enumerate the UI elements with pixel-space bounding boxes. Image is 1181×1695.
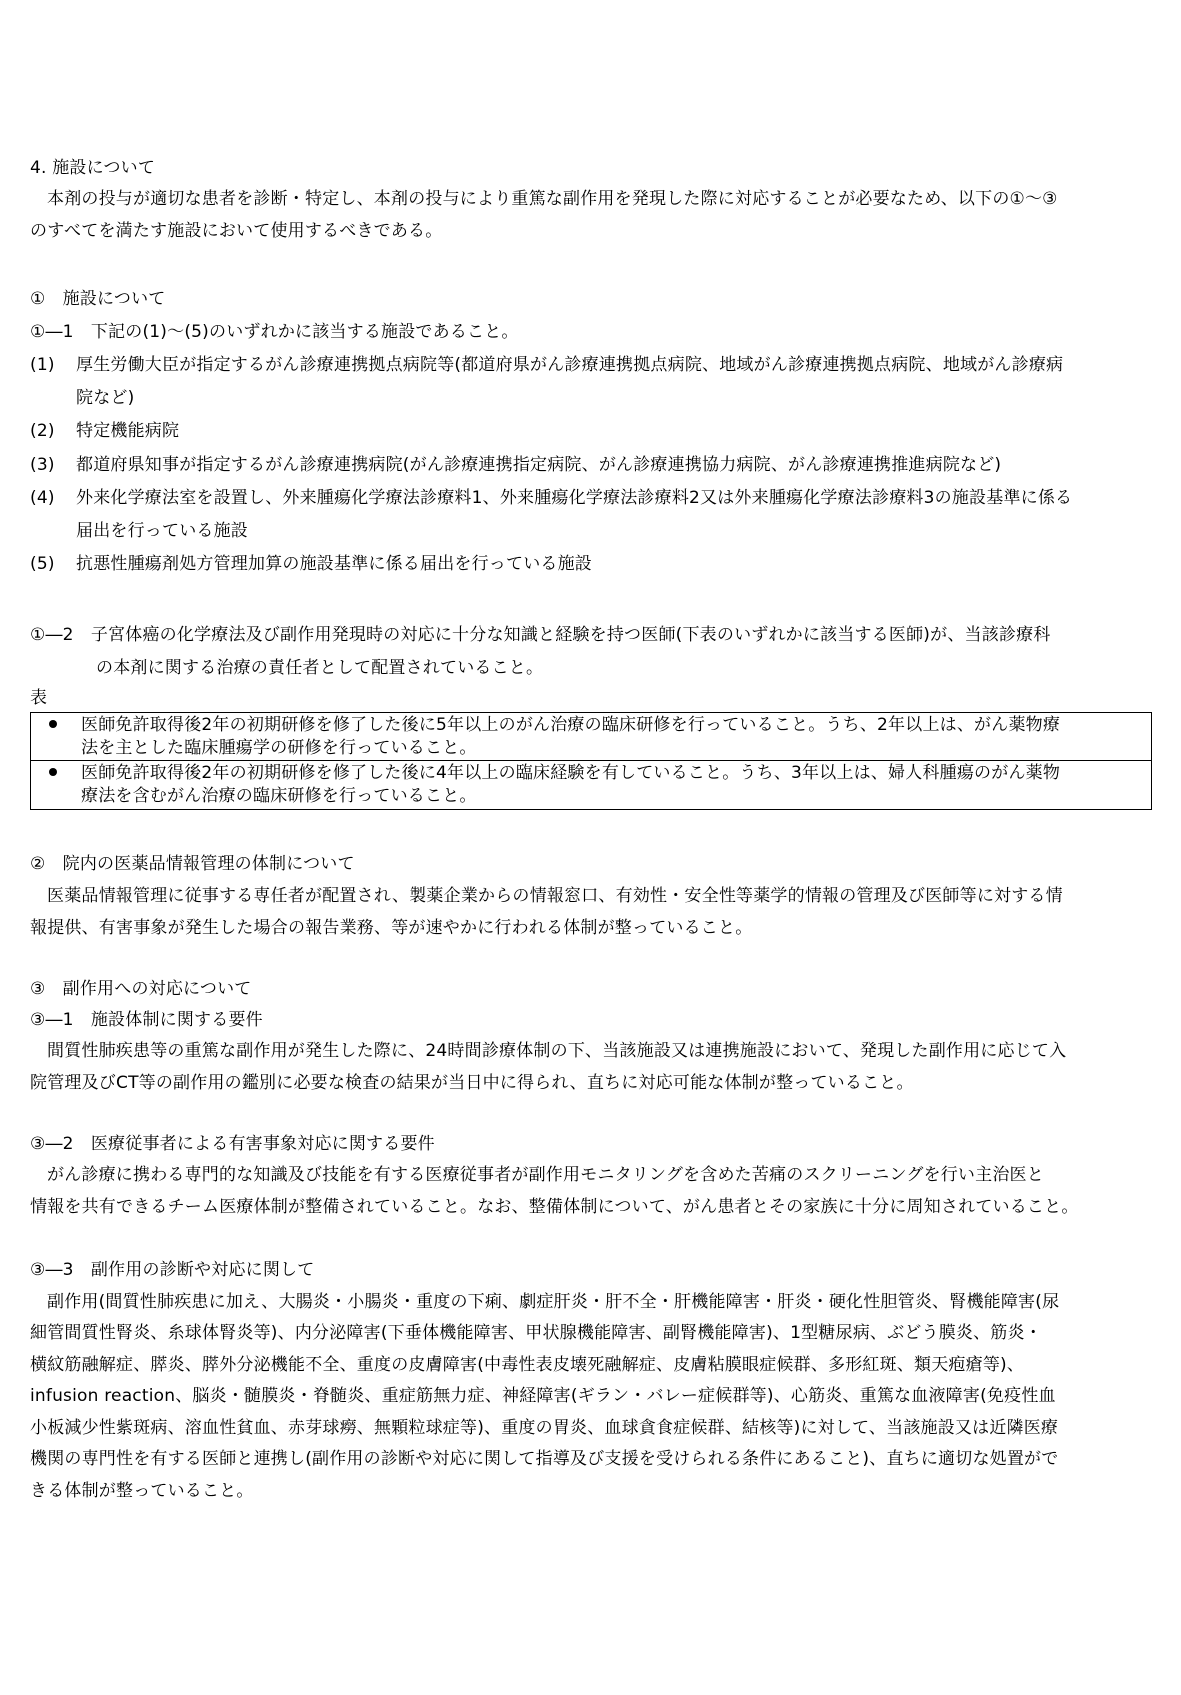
table-row: 医師免許取得後2年の初期研修を修了した後に4年以上の臨床経験を有していること。う…	[31, 761, 1151, 809]
list-text: 抗悪性腫瘍剤処方管理加算の施設基準に係る届出を行っている施設	[76, 554, 592, 574]
section-heading: 4. 施設について	[30, 158, 155, 178]
list-text: 厚生労働大臣が指定するがん診療連携拠点病院等(都道府県がん診療連携拠点病院、地域…	[76, 355, 1063, 375]
list-item-4: (4)外来化学療法室を設置し、外来腫瘍化学療法診療料1、外来腫瘍化学療法診療料2…	[30, 488, 1072, 508]
list-text: 特定機能病院	[76, 421, 179, 441]
s3-2-line-1: がん診療に携わる専門的な知識及び技能を有する医療従事者が副作用モニタリングを含め…	[47, 1165, 1044, 1185]
s3-3-line-5: 小板減少性紫斑病、溶血性貧血、赤芽球癆、無顆粒球症等)、重度の胃炎、血球貪食症候…	[30, 1418, 1058, 1438]
table-cell-line: 医師免許取得後2年の初期研修を修了した後に5年以上のがん治療の臨床研修を行ってい…	[81, 715, 1060, 735]
subsection-heading-3: ③ 副作用への対応について	[30, 979, 252, 999]
intro-line-2: のすべてを満たす施設において使用するべきである。	[30, 221, 442, 241]
list-text: 外来化学療法室を設置し、外来腫瘍化学療法診療料1、外来腫瘍化学療法診療料2又は外…	[76, 488, 1072, 508]
s2-line-2: 報提供、有害事象が発生した場合の報告業務、等が速やかに行われる体制が整っているこ…	[30, 918, 752, 938]
intro-line-1: 本剤の投与が適切な患者を診断・特定し、本剤の投与により重篤な副作用を発現した際に…	[47, 189, 1058, 209]
list-number: (2)	[30, 421, 76, 441]
s3-3-line-4: infusion reaction、脳炎・髄膜炎・脊髄炎、重症筋無力症、神経障害…	[30, 1386, 1056, 1406]
s3-1-line-2: 院管理及びCT等の副作用の鑑別に必要な検査の結果が当日中に得られ、直ちに対応可能…	[30, 1073, 914, 1093]
list-item-1: (1)厚生労働大臣が指定するがん診療連携拠点病院等(都道府県がん診療連携拠点病院…	[30, 355, 1063, 375]
requirements-table: 医師免許取得後2年の初期研修を修了した後に5年以上のがん治療の臨床研修を行ってい…	[30, 712, 1152, 810]
s2-line-1: 医薬品情報管理に従事する専任者が配置され、製薬企業からの情報窓口、有効性・安全性…	[47, 886, 1063, 906]
s3-2-line-2: 情報を共有できるチーム医療体制が整備されていること。なお、整備体制について、がん…	[30, 1197, 1079, 1217]
table-row: 医師免許取得後2年の初期研修を修了した後に5年以上のがん治療の臨床研修を行ってい…	[31, 713, 1151, 761]
s3-3-line-7: きる体制が整っていること。	[30, 1481, 254, 1501]
list-item-1-cont: 院など)	[76, 388, 134, 408]
s3-3-line-2: 細管間質性腎炎、糸球体腎炎等)、内分泌障害(下垂体機能障害、甲状腺機能障害、副腎…	[30, 1323, 1042, 1343]
subsection-1-2-line-2: の本剤に関する治療の責任者として配置されていること。	[96, 658, 543, 678]
subsection-3-3-heading: ③―3 副作用の診断や対応に関して	[30, 1260, 314, 1280]
s3-3-line-1: 副作用(間質性肺疾患に加え、大腸炎・小腸炎・重度の下痢、劇症肝炎・肝不全・肝機能…	[47, 1292, 1059, 1312]
subsection-heading-1: ① 施設について	[30, 289, 166, 309]
list-item-3: (3)都道府県知事が指定するがん診療連携病院(がん診療連携指定病院、がん診療連携…	[30, 455, 1001, 475]
s3-1-line-1: 間質性肺疾患等の重篤な副作用が発生した際に、24時間診療体制の下、当該施設又は連…	[47, 1041, 1066, 1061]
table-cell-line: 法を主とした臨床腫瘍学の研修を行っていること。	[81, 738, 477, 758]
bullet-icon	[49, 768, 57, 776]
list-item-2: (2)特定機能病院	[30, 421, 179, 441]
list-number: (1)	[30, 355, 76, 375]
subsection-heading-2: ② 院内の医薬品情報管理の体制について	[30, 854, 355, 874]
s3-3-line-6: 機関の専門性を有する医師と連携し(副作用の診断や対応に関して指導及び支援を受けら…	[30, 1449, 1058, 1469]
list-item-5: (5)抗悪性腫瘍剤処方管理加算の施設基準に係る届出を行っている施設	[30, 554, 592, 574]
subsection-3-1-heading: ③―1 施設体制に関する要件	[30, 1010, 263, 1030]
list-number: (5)	[30, 554, 76, 574]
s3-3-line-3: 横紋筋融解症、膵炎、膵外分泌機能不全、重度の皮膚障害(中毒性表皮壊死融解症、皮膚…	[30, 1355, 1024, 1375]
list-item-4-cont: 届出を行っている施設	[76, 521, 248, 541]
list-number: (3)	[30, 455, 76, 475]
subsection-3-2-heading: ③―2 医療従事者による有害事象対応に関する要件	[30, 1134, 435, 1154]
subsection-1-1-heading: ①―1 下記の(1)～(5)のいずれかに該当する施設であること。	[30, 322, 519, 342]
list-text: 都道府県知事が指定するがん診療連携病院(がん診療連携指定病院、がん診療連携協力病…	[76, 455, 1001, 475]
table-cell-line: 医師免許取得後2年の初期研修を修了した後に4年以上の臨床経験を有していること。う…	[81, 763, 1060, 783]
bullet-icon	[49, 720, 57, 728]
subsection-1-2-line-1: ①―2 子宮体癌の化学療法及び副作用発現時の対応に十分な知識と経験を持つ医師(下…	[30, 625, 1051, 645]
list-number: (4)	[30, 488, 76, 508]
table-label: 表	[30, 688, 47, 708]
table-cell-line: 療法を含むがん治療の臨床研修を行っていること。	[81, 786, 477, 806]
